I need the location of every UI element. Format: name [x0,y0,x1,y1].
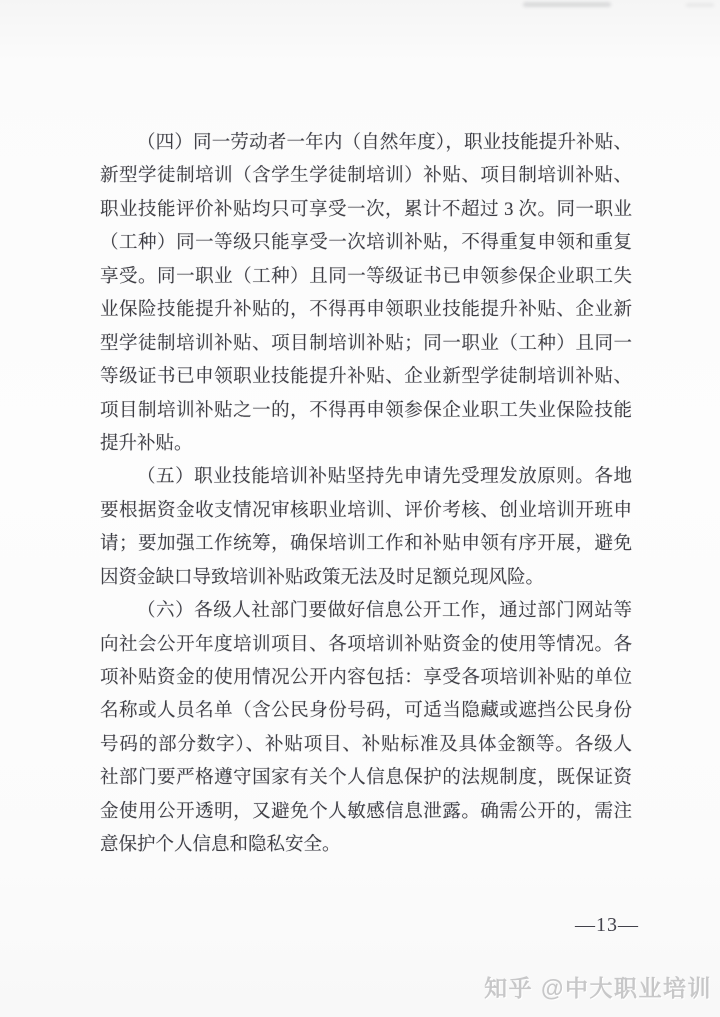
document-page: { "document": { "paragraphs": [ { "lines… [0,0,720,1017]
scan-artifact-smudge [686,3,714,7]
text-line: 号码的部分数字）、补贴项目、补贴标准及具体金额等。各级人 [100,729,632,762]
text-line: （四）同一劳动者一年内（自然年度），职业技能提升补贴、 [100,127,632,160]
document-body: （四）同一劳动者一年内（自然年度），职业技能提升补贴、 新型学徒制培训（含学生学… [100,127,632,863]
text-line: 职业技能评价补贴均只可享受一次，累计不超过 3 次。同一职业 [100,194,632,227]
text-line: 新型学徒制培训（含学生学徒制培训）补贴、项目制培训补贴、 [100,160,632,193]
text-line: 请；要加强工作统筹，确保培训工作和补贴申领有序开展，避免 [100,528,632,561]
watermark: 知乎 @中大职业培训 [484,970,712,1003]
text-line: 享受。同一职业（工种）且同一等级证书已申领参保企业职工失 [100,261,632,294]
text-line: 等级证书已申领职业技能提升补贴、企业新型学徒制培训补贴、 [100,361,632,394]
text-line: 项补贴资金的使用情况公开内容包括：享受各项培训补贴的单位 [100,662,632,695]
text-line: （五）职业技能培训补贴坚持先申请先受理发放原则。各地 [100,461,632,494]
text-line: 提升补贴。 [100,428,632,461]
text-line: 意保护个人信息和隐私安全。 [100,829,632,862]
paragraph: （五）职业技能培训补贴坚持先申请先受理发放原则。各地 要根据资金收支情况审核职业… [100,461,632,595]
scan-artifact-smudge [523,2,611,7]
text-line: 要根据资金收支情况审核职业培训、评价考核、创业培训开班申 [100,495,632,528]
page-number: —13— [557,914,657,937]
text-line: （六）各级人社部门要做好信息公开工作，通过部门网站等 [100,595,632,628]
text-line: 向社会公开年度培训项目、各项培训补贴资金的使用等情况。各 [100,629,632,662]
text-line: 名称或人员名单（含公民身份号码，可适当隐藏或遮挡公民身份 [100,695,632,728]
text-line: 社部门要严格遵守国家有关个人信息保护的法规制度，既保证资 [100,762,632,795]
text-line: 项目制培训补贴之一的，不得再申领参保企业职工失业保险技能 [100,395,632,428]
text-line: 型学徒制培训补贴、项目制培训补贴；同一职业（工种）且同一 [100,328,632,361]
paragraph: （四）同一劳动者一年内（自然年度），职业技能提升补贴、 新型学徒制培训（含学生学… [100,127,632,461]
paragraph: （六）各级人社部门要做好信息公开工作，通过部门网站等 向社会公开年度培训项目、各… [100,595,632,863]
text-line: 业保险技能提升补贴的，不得再申领职业技能提升补贴、企业新 [100,294,632,327]
text-line: 金使用公开透明，又避免个人敏感信息泄露。确需公开的，需注 [100,796,632,829]
text-line: （工种）同一等级只能享受一次培训补贴，不得重复申领和重复 [100,227,632,260]
text-line: 因资金缺口导致培训补贴政策无法及时足额兑现风险。 [100,562,632,595]
